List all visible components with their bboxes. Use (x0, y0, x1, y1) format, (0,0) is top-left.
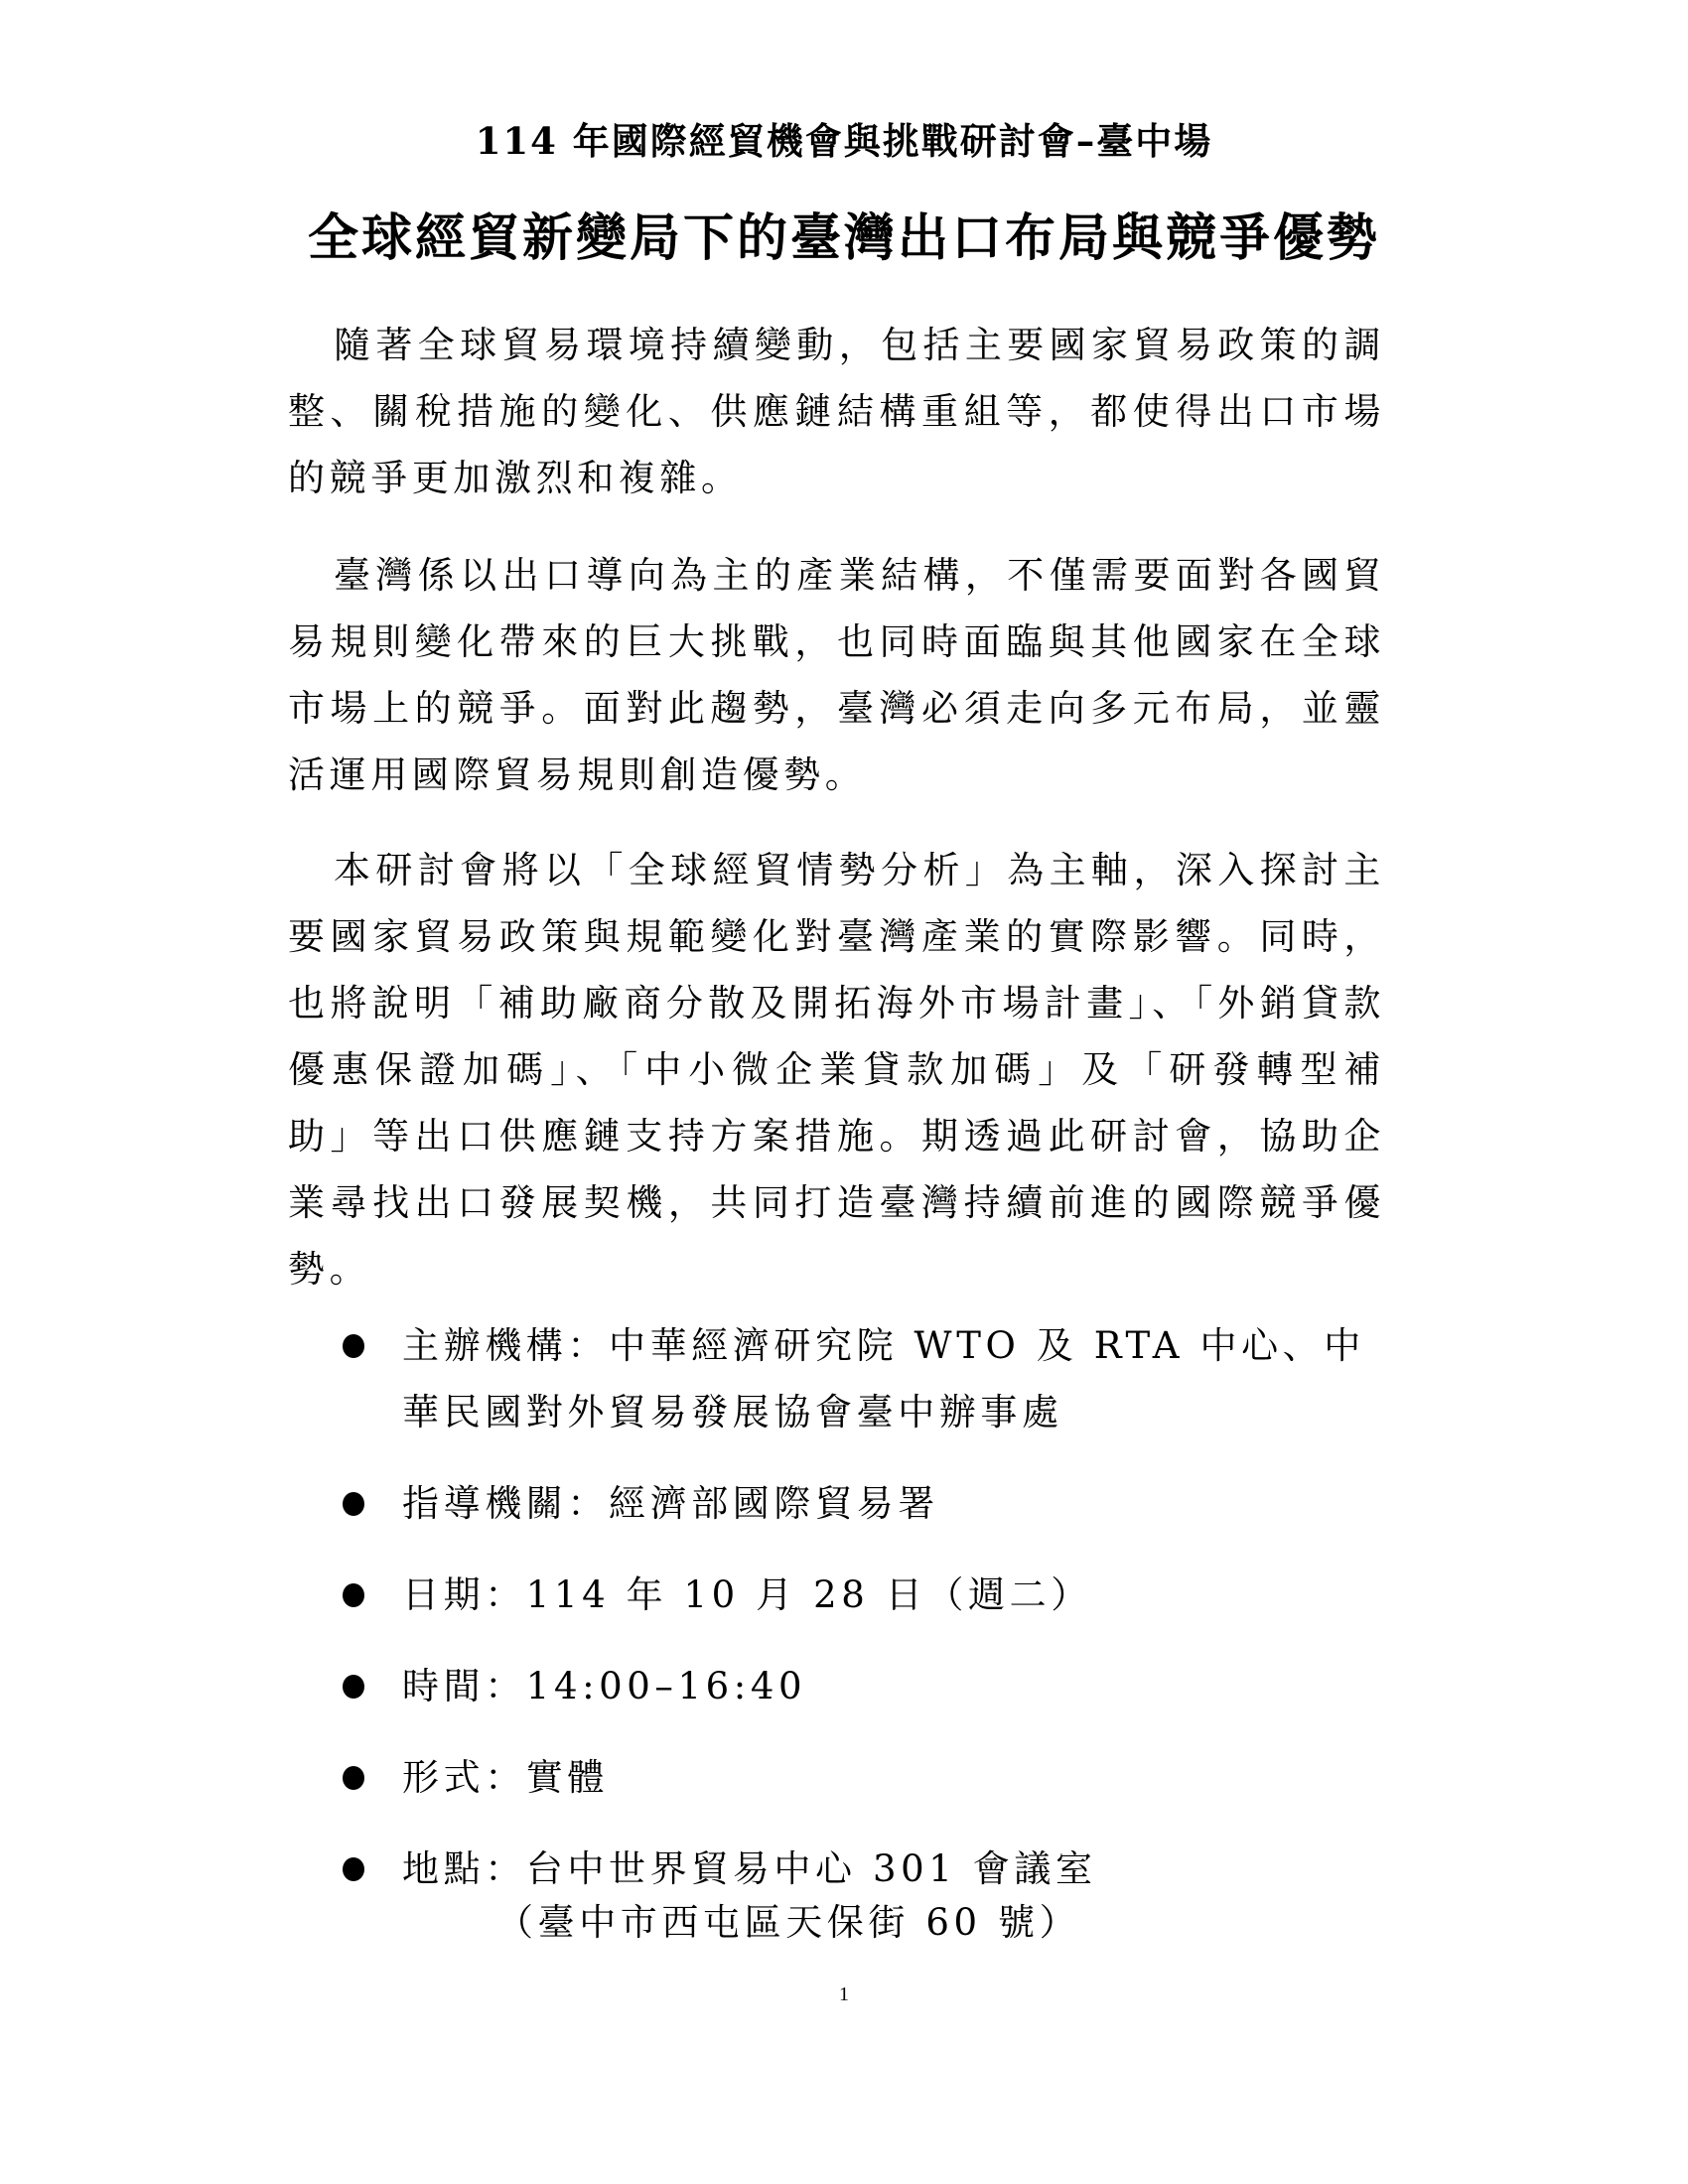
venue-address: （臺中市西屯區天保街 60 號） (496, 1899, 1080, 1947)
detail-date-text: 日期：114 年 10 月 28 日（週二） (402, 1573, 1092, 1616)
event-details-list: 主辦機構：中華經濟研究院 WTO 及 RTA 中心、中華民國對外貿易發展協會臺中… (338, 1312, 1390, 1927)
detail-supervisor: 指導機關：經濟部國際貿易署 (338, 1470, 1390, 1537)
context-paragraph: 臺灣係以出口導向為主的產業結構，不僅需要面對各國貿易規則變化帶來的巨大挑戰，也同… (288, 542, 1385, 808)
detail-format: 形式：實體 (338, 1744, 1390, 1811)
bullet-icon (343, 1334, 364, 1358)
bullet-icon (343, 1675, 364, 1699)
detail-supervisor-text: 指導機關：經濟部國際貿易署 (402, 1482, 939, 1525)
detail-organizer-text: 主辦機構：中華經濟研究院 WTO 及 RTA 中心、中華民國對外貿易發展協會臺中… (402, 1324, 1365, 1433)
detail-time-text: 時間：14:00–16:40 (402, 1665, 806, 1707)
detail-venue-text: 地點：台中世界貿易中心 301 會議室 (402, 1847, 1097, 1890)
bullet-icon (343, 1583, 364, 1607)
detail-venue: 地點：台中世界貿易中心 301 會議室 (338, 1836, 1390, 1902)
page-number: 1 (0, 1983, 1688, 2006)
detail-organizer: 主辦機構：中華經濟研究院 WTO 及 RTA 中心、中華民國對外貿易發展協會臺中… (338, 1312, 1390, 1445)
purpose-paragraph: 本研討會將以「全球經貿情勢分析」為主軸，深入探討主要國家貿易政策與規範變化對臺灣… (288, 837, 1385, 1302)
document-page: 114 年國際經貿機會與挑戰研討會–臺中場 全球經貿新變局下的臺灣出口布局與競爭… (0, 0, 1688, 2184)
bullet-icon (343, 1857, 364, 1881)
detail-date: 日期：114 年 10 月 28 日（週二） (338, 1562, 1390, 1628)
event-series-title: 114 年國際經貿機會與挑戰研討會–臺中場 (0, 117, 1688, 165)
seminar-title: 全球經貿新變局下的臺灣出口布局與競爭優勢 (288, 206, 1400, 270)
detail-format-text: 形式：實體 (402, 1756, 609, 1799)
bullet-icon (343, 1492, 364, 1516)
detail-time: 時間：14:00–16:40 (338, 1653, 1390, 1719)
bullet-icon (343, 1766, 364, 1790)
intro-paragraph: 隨著全球貿易環境持續變動，包括主要國家貿易政策的調整、關稅措施的變化、供應鏈結構… (288, 312, 1385, 511)
